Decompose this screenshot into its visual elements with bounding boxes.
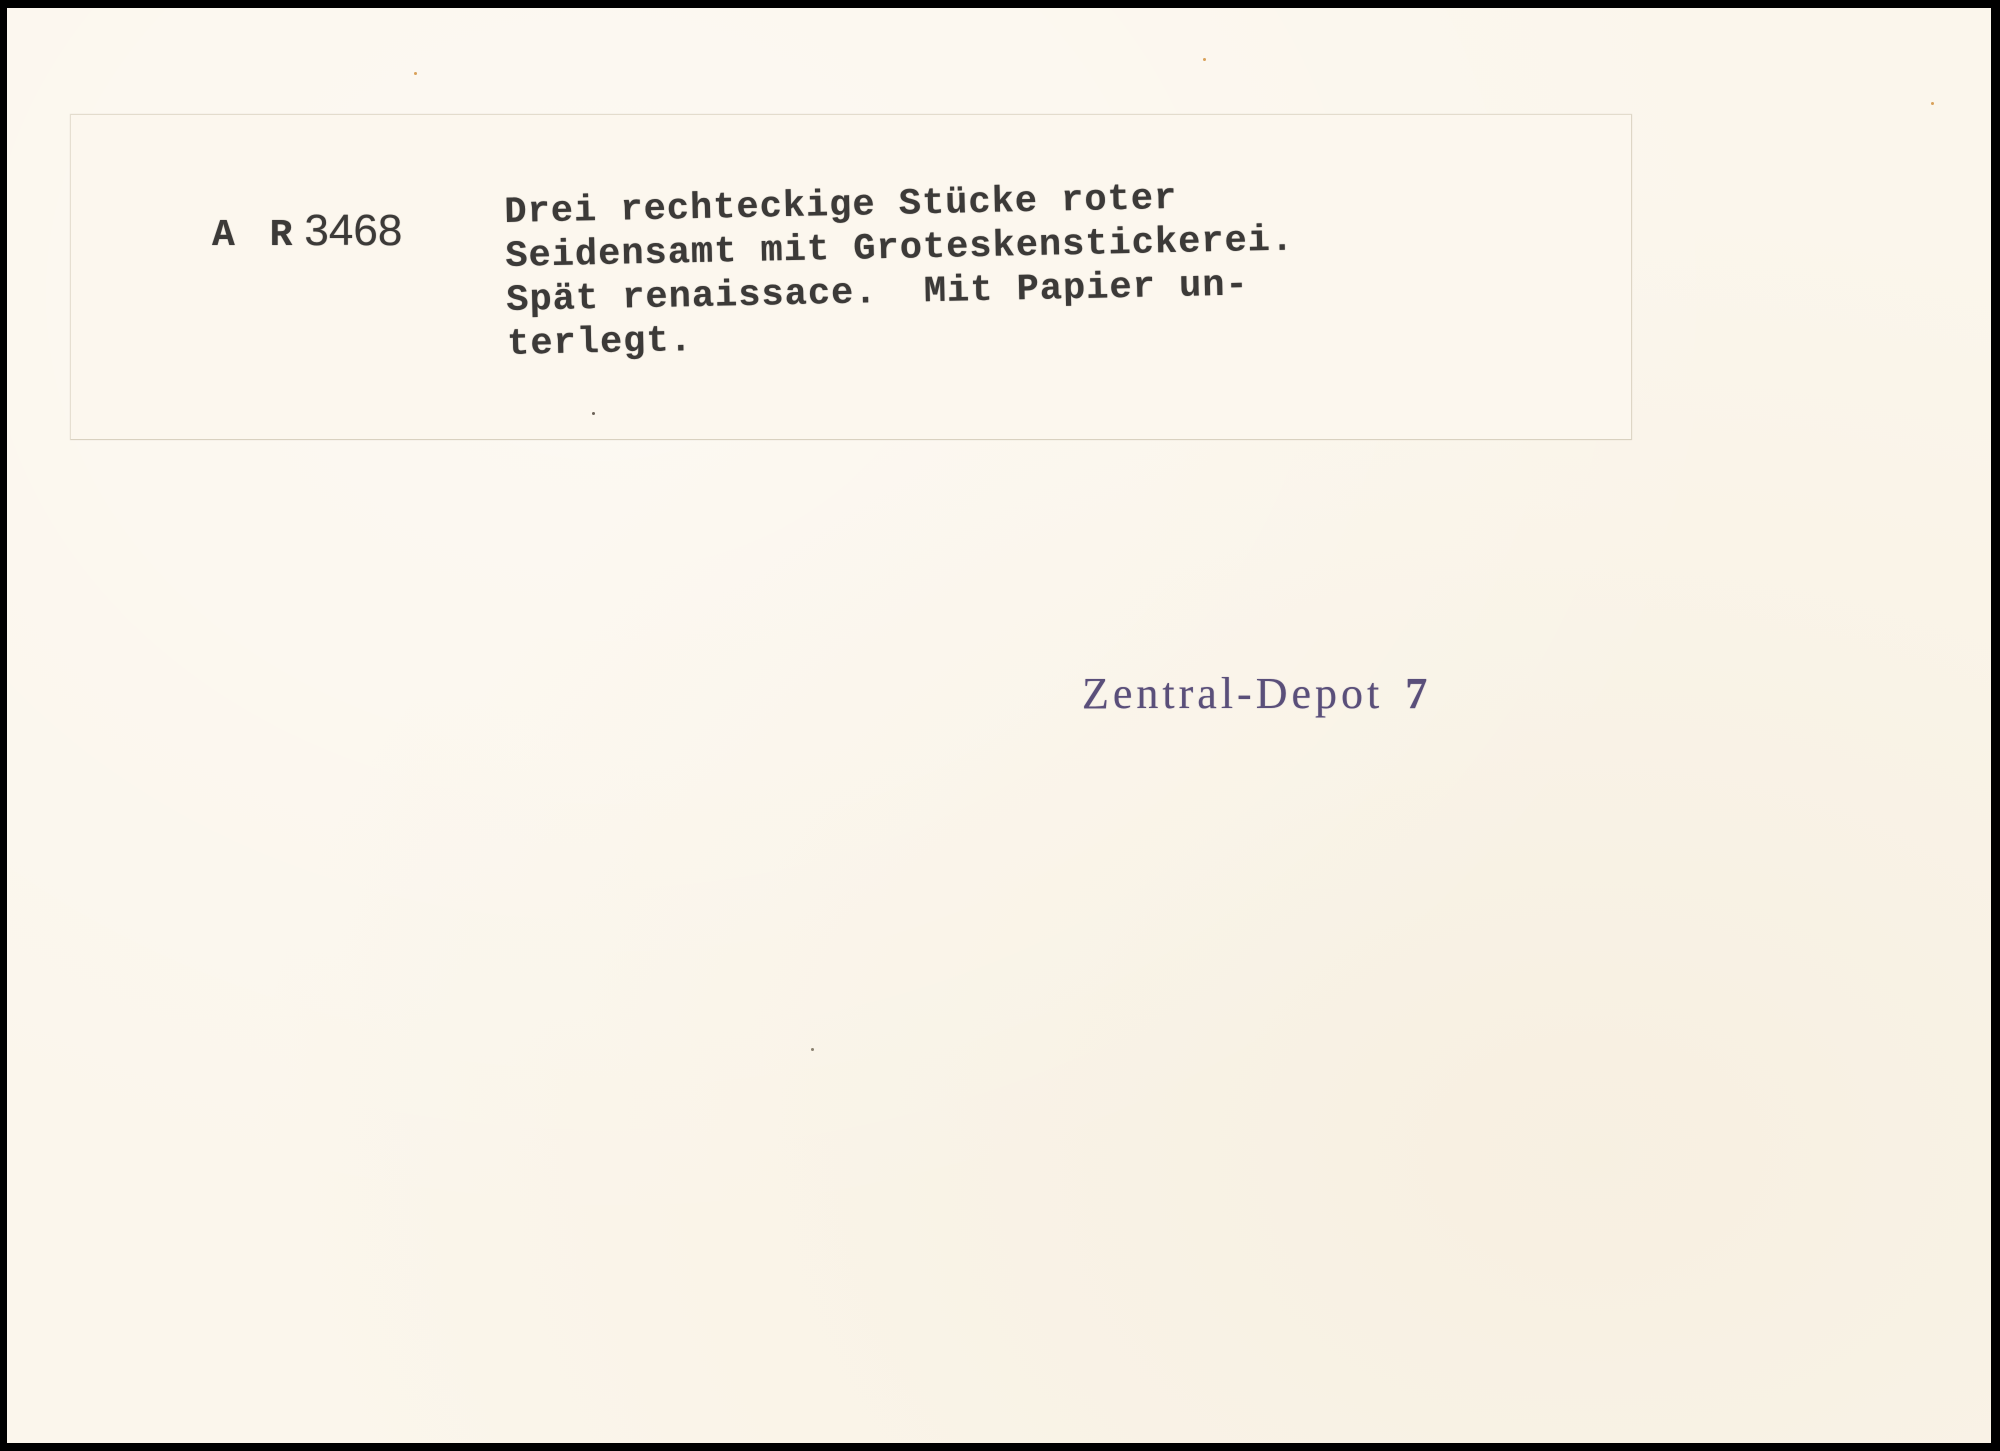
accession-digits: 3468 bbox=[304, 206, 402, 255]
index-card: A R3468 Drei rechteckige Stücke roterSei… bbox=[7, 8, 1991, 1443]
accession-prefix: A R bbox=[212, 214, 298, 257]
object-description: Drei rechteckige Stücke roterSeidensamt … bbox=[504, 174, 1296, 366]
paper-speck bbox=[592, 412, 595, 415]
accession-number: A R3468 bbox=[212, 206, 402, 257]
paper-speck bbox=[1931, 102, 1934, 105]
depot-stamp-number: 7 bbox=[1405, 669, 1431, 718]
paper-speck bbox=[414, 72, 417, 75]
paper-speck bbox=[1203, 58, 1206, 61]
depot-stamp: Zentral-Depot7 bbox=[1082, 668, 1431, 719]
depot-stamp-text: Zentral-Depot bbox=[1082, 669, 1383, 718]
paper-speck bbox=[811, 1048, 814, 1051]
